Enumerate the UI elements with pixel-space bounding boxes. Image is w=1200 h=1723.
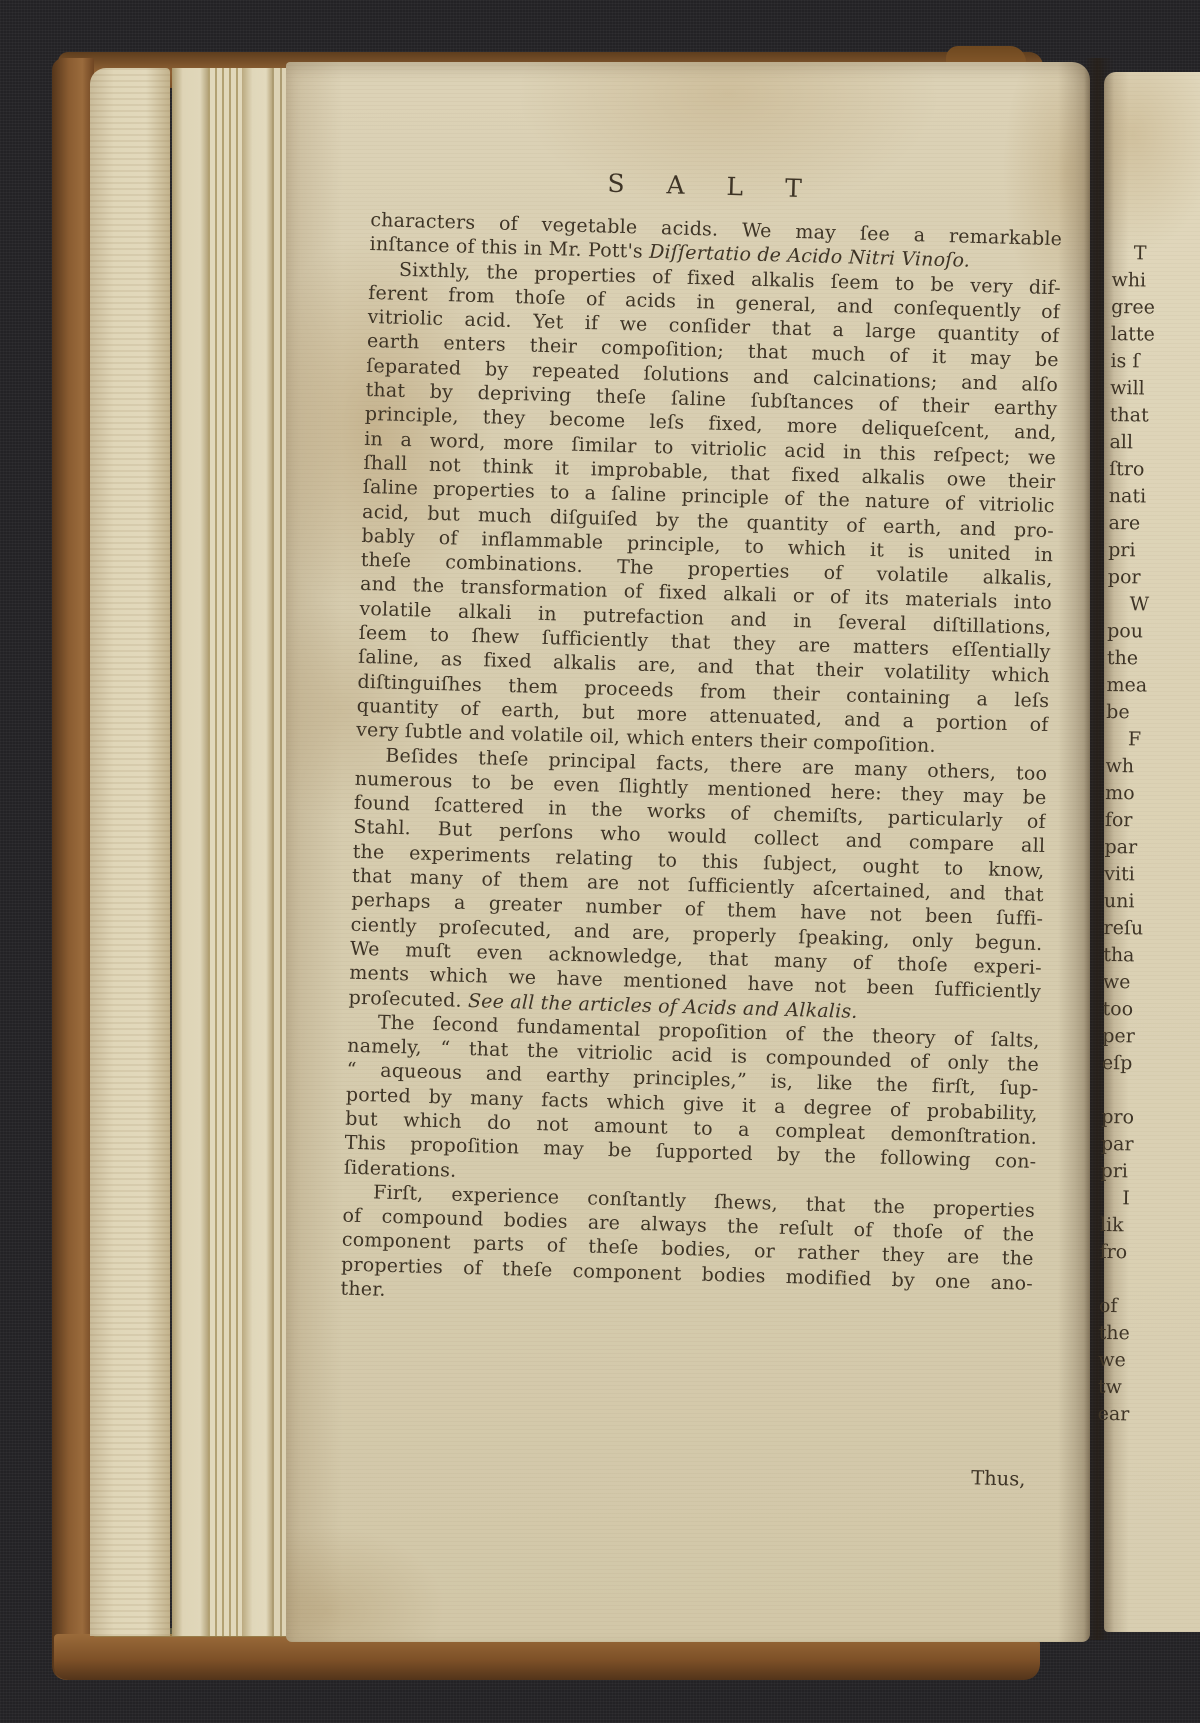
right-page-line-fragment: the — [1098, 1320, 1200, 1350]
right-page-line-fragment: ear — [1097, 1401, 1200, 1431]
right-page-text-lines: Twhigreelatteis ſwillthatallſtronatiarep… — [1097, 240, 1200, 1458]
right-page-line-fragment: pri — [1108, 537, 1200, 567]
right-page-line-fragment: are — [1108, 510, 1200, 540]
right-page-line-fragment: we — [1098, 1347, 1200, 1377]
right-page-line-fragment: that — [1110, 402, 1200, 432]
right-page-line-fragment: of — [1099, 1293, 1200, 1323]
page-edge-strip — [242, 68, 272, 1636]
right-page-line-fragment: par — [1101, 1131, 1200, 1161]
right-page-line-fragment: viti — [1104, 861, 1200, 891]
right-page-line-fragment — [1097, 1428, 1200, 1458]
right-page-line-fragment: F — [1106, 726, 1200, 756]
page-text-block: S A L T characters of vegetable acids. W… — [335, 162, 1063, 1491]
book-cover-left-edge — [52, 58, 94, 1680]
page-edge-strip — [90, 68, 170, 1636]
right-page-line-fragment: for — [1105, 807, 1200, 837]
right-page-line-fragment: be — [1106, 699, 1200, 729]
right-page-line-fragment: I — [1100, 1185, 1200, 1215]
right-page-line-fragment: pri — [1100, 1158, 1200, 1188]
right-page-text-block: Twhigreelatteis ſwillthatallſtronatiarep… — [1097, 240, 1200, 1458]
right-page-line-fragment: gree — [1111, 294, 1200, 324]
right-page-line-fragment: mo — [1105, 780, 1200, 810]
right-page-line-fragment: par — [1104, 834, 1200, 864]
right-page-line-fragment: too — [1102, 996, 1200, 1026]
right-page-line-fragment: tw — [1098, 1374, 1200, 1404]
right-page-line-fragment: all — [1109, 429, 1200, 459]
right-page-line-fragment: W — [1107, 591, 1200, 621]
right-page-line-fragment: we — [1103, 969, 1200, 999]
right-page-line-fragment: lik — [1100, 1212, 1200, 1242]
right-page-line-fragment: mea — [1106, 672, 1200, 702]
right-page-line-fragment: fro — [1099, 1239, 1200, 1269]
right-page-line-fragment — [1099, 1266, 1200, 1296]
right-page-line-fragment: ſtro — [1109, 456, 1200, 486]
right-page-line-fragment: T — [1112, 240, 1200, 270]
right-page-line-fragment: will — [1110, 375, 1200, 405]
right-page-line-fragment: latte — [1111, 321, 1200, 351]
right-page-line-fragment: tha — [1103, 942, 1200, 972]
right-page-line-fragment: uni — [1104, 888, 1200, 918]
right-page-line-fragment: por — [1108, 564, 1200, 594]
right-page-line-fragment: pro — [1101, 1104, 1200, 1134]
page-edge-strip — [208, 68, 242, 1636]
right-page-line-fragment: whi — [1111, 267, 1200, 297]
right-page-line-fragment: per — [1102, 1023, 1200, 1053]
right-page-line-fragment — [1101, 1077, 1200, 1107]
right-page-line-fragment: eſp — [1102, 1050, 1200, 1080]
right-page-line-fragment: nati — [1109, 483, 1200, 513]
photo-backdrop: S A L T characters of vegetable acids. W… — [0, 0, 1200, 1723]
right-page-line-fragment: wh — [1105, 753, 1200, 783]
right-page-line-fragment: pou — [1107, 618, 1200, 648]
right-page-line-fragment: reſu — [1103, 915, 1200, 945]
page-edge-strip — [172, 68, 208, 1636]
right-page-line-fragment: the — [1107, 645, 1200, 675]
right-page-line-fragment: is ſ — [1110, 348, 1200, 378]
text-lines: characters of vegetable acids. We may ſe… — [340, 208, 1062, 1320]
